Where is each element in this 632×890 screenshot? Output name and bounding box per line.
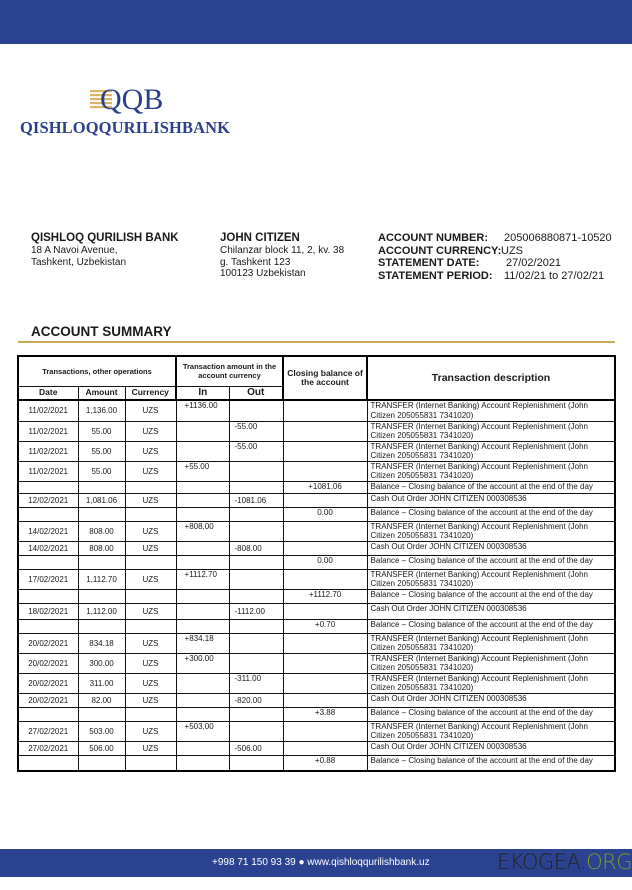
- row-amount: 55.00: [78, 421, 125, 441]
- row-currency: [125, 619, 176, 633]
- row-in: [176, 707, 229, 721]
- row-out: [229, 400, 283, 421]
- row-currency: [125, 589, 176, 603]
- row-description: Balance – Closing balance of the account…: [367, 589, 615, 603]
- account-summary-title: ACCOUNT SUMMARY: [31, 324, 172, 339]
- header-out: Out: [229, 386, 283, 400]
- header-closing-balance: Closing balance of the account: [283, 356, 367, 400]
- row-out: [229, 481, 283, 493]
- row-amount: 311.00: [78, 673, 125, 693]
- row-description: TRANSFER (Internet Banking) Account Repl…: [367, 461, 615, 481]
- row-date: [18, 619, 78, 633]
- row-in: [176, 619, 229, 633]
- account-number-label: ACCOUNT NUMBER:: [378, 232, 504, 245]
- account-currency-label: ACCOUNT CURRENCY:: [378, 245, 501, 258]
- row-out: [229, 461, 283, 481]
- header-description: Transaction description: [367, 356, 615, 400]
- row-description: Cash Out Order JOHN CITIZEN 000308536: [367, 693, 615, 707]
- row-amount: 300.00: [78, 653, 125, 673]
- row-in: +808.00: [176, 521, 229, 541]
- row-amount: 834.18: [78, 633, 125, 653]
- row-out: -311.00: [229, 673, 283, 693]
- row-closing: [283, 493, 367, 507]
- row-currency: UZS: [125, 493, 176, 507]
- row-description: TRANSFER (Internet Banking) Account Repl…: [367, 569, 615, 589]
- row-closing: [283, 569, 367, 589]
- row-description: Balance – Closing balance of the account…: [367, 707, 615, 721]
- row-closing: [283, 521, 367, 541]
- row-closing: [283, 461, 367, 481]
- table-row: +0.88Balance – Closing balance of the ac…: [18, 755, 615, 771]
- row-amount: 82.00: [78, 693, 125, 707]
- row-description: Cash Out Order JOHN CITIZEN 000308536: [367, 741, 615, 755]
- row-currency: UZS: [125, 693, 176, 707]
- row-date: 27/02/2021: [18, 721, 78, 741]
- table-row: 12/02/20211,081.06UZS-1081.06Cash Out Or…: [18, 493, 615, 507]
- row-date: [18, 555, 78, 569]
- row-closing: [283, 633, 367, 653]
- row-closing: 0.00: [283, 507, 367, 521]
- row-out: -55.00: [229, 441, 283, 461]
- row-amount: 1,136.00: [78, 400, 125, 421]
- row-currency: UZS: [125, 461, 176, 481]
- row-amount: 503.00: [78, 721, 125, 741]
- account-currency-value: UZS: [501, 245, 523, 258]
- table-row: 20/02/202182.00UZS-820.00Cash Out Order …: [18, 693, 615, 707]
- row-description: Balance – Closing balance of the account…: [367, 555, 615, 569]
- qqb-monogram-icon: QQB: [90, 84, 170, 114]
- header-amount-group: Transaction amount in the account curren…: [176, 356, 283, 386]
- row-in: +1136.00: [176, 400, 229, 421]
- row-closing: [283, 603, 367, 619]
- row-amount: 808.00: [78, 541, 125, 555]
- row-amount: [78, 555, 125, 569]
- row-amount: 808.00: [78, 521, 125, 541]
- row-currency: UZS: [125, 653, 176, 673]
- row-out: [229, 569, 283, 589]
- table-row: 14/02/2021808.00UZS-808.00Cash Out Order…: [18, 541, 615, 555]
- row-amount: 55.00: [78, 441, 125, 461]
- row-date: [18, 755, 78, 771]
- bank-address-line: Tashkent, Uzbekistan: [31, 257, 179, 269]
- row-currency: UZS: [125, 441, 176, 461]
- row-date: 11/02/2021: [18, 461, 78, 481]
- row-out: [229, 755, 283, 771]
- row-out: [229, 633, 283, 653]
- row-currency: [125, 555, 176, 569]
- row-date: 14/02/2021: [18, 521, 78, 541]
- row-date: 12/02/2021: [18, 493, 78, 507]
- customer-name: JOHN CITIZEN: [220, 232, 344, 245]
- row-date: 20/02/2021: [18, 693, 78, 707]
- header-transactions-group: Transactions, other operations: [18, 356, 176, 386]
- row-out: [229, 589, 283, 603]
- section-divider: [18, 341, 615, 343]
- row-in: [176, 555, 229, 569]
- row-amount: 1,112.70: [78, 569, 125, 589]
- row-closing: [283, 441, 367, 461]
- statement-period-value: 11/02/21 to 27/02/21: [504, 270, 604, 283]
- statement-date-value: 27/02/2021: [506, 257, 561, 270]
- row-description: TRANSFER (Internet Banking) Account Repl…: [367, 441, 615, 461]
- row-in: [176, 693, 229, 707]
- row-out: [229, 653, 283, 673]
- row-currency: UZS: [125, 741, 176, 755]
- row-description: Balance – Closing balance of the account…: [367, 619, 615, 633]
- account-info-block: ACCOUNT NUMBER:205006880871-10520 ACCOUN…: [378, 232, 612, 282]
- row-description: TRANSFER (Internet Banking) Account Repl…: [367, 721, 615, 741]
- row-out: [229, 521, 283, 541]
- table-row: 14/02/2021808.00UZS+808.00TRANSFER (Inte…: [18, 521, 615, 541]
- table-row: +1112.70Balance – Closing balance of the…: [18, 589, 615, 603]
- row-in: [176, 441, 229, 461]
- table-row: 0.00Balance – Closing balance of the acc…: [18, 555, 615, 569]
- table-row: 17/02/20211,112.70UZS+1112.70TRANSFER (I…: [18, 569, 615, 589]
- row-amount: [78, 619, 125, 633]
- header-in: In: [176, 386, 229, 400]
- row-currency: UZS: [125, 673, 176, 693]
- transactions-table: Transactions, other operations Transacti…: [17, 355, 616, 772]
- row-closing: [283, 400, 367, 421]
- row-out: [229, 707, 283, 721]
- row-currency: UZS: [125, 633, 176, 653]
- row-currency: [125, 507, 176, 521]
- statement-period-label: STATEMENT PERIOD:: [378, 270, 504, 283]
- row-description: Balance – Closing balance of the account…: [367, 481, 615, 493]
- row-closing: 0.00: [283, 555, 367, 569]
- row-currency: UZS: [125, 721, 176, 741]
- account-number-value: 205006880871-10520: [504, 232, 612, 245]
- row-date: [18, 481, 78, 493]
- row-date: 20/02/2021: [18, 653, 78, 673]
- row-currency: UZS: [125, 400, 176, 421]
- row-in: +55.00: [176, 461, 229, 481]
- row-description: TRANSFER (Internet Banking) Account Repl…: [367, 653, 615, 673]
- row-out: -820.00: [229, 693, 283, 707]
- header-band: [0, 0, 632, 44]
- bank-name: QISHLOQ QURILISH BANK: [31, 232, 179, 245]
- row-in: [176, 589, 229, 603]
- row-description: Balance – Closing balance of the account…: [367, 507, 615, 521]
- header-amount: Amount: [78, 386, 125, 400]
- row-in: [176, 507, 229, 521]
- row-amount: [78, 481, 125, 493]
- row-currency: UZS: [125, 521, 176, 541]
- row-amount: [78, 507, 125, 521]
- row-date: 17/02/2021: [18, 569, 78, 589]
- bank-address-line: 18 A Navoi Avenue,: [31, 245, 179, 257]
- row-in: [176, 481, 229, 493]
- row-date: 11/02/2021: [18, 400, 78, 421]
- watermark: EKOGEA.ORG: [497, 850, 632, 874]
- row-in: +503.00: [176, 721, 229, 741]
- header-currency: Currency: [125, 386, 176, 400]
- row-date: 20/02/2021: [18, 673, 78, 693]
- statement-date-label: STATEMENT DATE:: [378, 257, 506, 270]
- table-row: 20/02/2021300.00UZS+300.00TRANSFER (Inte…: [18, 653, 615, 673]
- row-currency: [125, 481, 176, 493]
- customer-address-line: g. Tashkent 123: [220, 257, 344, 269]
- row-description: Balance – Closing balance of the account…: [367, 755, 615, 771]
- svg-text:QQB: QQB: [100, 84, 163, 114]
- row-amount: 55.00: [78, 461, 125, 481]
- bank-address-block: QISHLOQ QURILISH BANK 18 A Navoi Avenue,…: [31, 232, 179, 268]
- table-row: 20/02/2021311.00UZS-311.00TRANSFER (Inte…: [18, 673, 615, 693]
- customer-address-line: Chilanzar block 11, 2, kv. 38: [220, 245, 344, 257]
- row-description: Cash Out Order JOHN CITIZEN 000308536: [367, 603, 615, 619]
- row-closing: [283, 653, 367, 673]
- row-currency: UZS: [125, 541, 176, 555]
- table-row: 27/02/2021503.00UZS+503.00TRANSFER (Inte…: [18, 721, 615, 741]
- row-amount: 1,112.00: [78, 603, 125, 619]
- row-in: [176, 541, 229, 555]
- row-amount: [78, 589, 125, 603]
- row-in: [176, 673, 229, 693]
- table-row: 11/02/20211,136.00UZS+1136.00TRANSFER (I…: [18, 400, 615, 421]
- row-date: 11/02/2021: [18, 441, 78, 461]
- table-row: 11/02/202155.00UZS+55.00TRANSFER (Intern…: [18, 461, 615, 481]
- row-in: +1112.70: [176, 569, 229, 589]
- table-row: +3.88Balance – Closing balance of the ac…: [18, 707, 615, 721]
- row-currency: UZS: [125, 603, 176, 619]
- row-in: [176, 493, 229, 507]
- row-closing: +0.70: [283, 619, 367, 633]
- row-in: +834.18: [176, 633, 229, 653]
- row-date: 18/02/2021: [18, 603, 78, 619]
- row-description: Cash Out Order JOHN CITIZEN 000308536: [367, 541, 615, 555]
- table-row: +0.70Balance – Closing balance of the ac…: [18, 619, 615, 633]
- row-closing: +1081.06: [283, 481, 367, 493]
- row-description: TRANSFER (Internet Banking) Account Repl…: [367, 421, 615, 441]
- row-date: [18, 707, 78, 721]
- row-description: TRANSFER (Internet Banking) Account Repl…: [367, 400, 615, 421]
- row-out: [229, 507, 283, 521]
- row-description: TRANSFER (Internet Banking) Account Repl…: [367, 673, 615, 693]
- row-closing: [283, 721, 367, 741]
- table-row: 11/02/202155.00UZS-55.00TRANSFER (Intern…: [18, 441, 615, 461]
- row-currency: UZS: [125, 569, 176, 589]
- row-out: [229, 555, 283, 569]
- row-date: [18, 507, 78, 521]
- row-closing: [283, 741, 367, 755]
- row-date: 14/02/2021: [18, 541, 78, 555]
- table-row: 11/02/202155.00UZS-55.00TRANSFER (Intern…: [18, 421, 615, 441]
- row-date: [18, 589, 78, 603]
- row-out: [229, 619, 283, 633]
- row-out: -506.00: [229, 741, 283, 755]
- table-row: 20/02/2021834.18UZS+834.18TRANSFER (Inte…: [18, 633, 615, 653]
- table-row: 0.00Balance – Closing balance of the acc…: [18, 507, 615, 521]
- customer-address-block: JOHN CITIZEN Chilanzar block 11, 2, kv. …: [220, 232, 344, 280]
- row-in: [176, 603, 229, 619]
- row-out: [229, 721, 283, 741]
- row-date: 27/02/2021: [18, 741, 78, 755]
- header-date: Date: [18, 386, 78, 400]
- watermark-accent: ORG: [586, 850, 632, 874]
- row-description: TRANSFER (Internet Banking) Account Repl…: [367, 521, 615, 541]
- row-date: 11/02/2021: [18, 421, 78, 441]
- bank-logo-wordmark: QISHLOQQURILISHBANK: [20, 118, 230, 138]
- row-amount: 1,081.06: [78, 493, 125, 507]
- row-in: [176, 421, 229, 441]
- row-out: -808.00: [229, 541, 283, 555]
- row-in: [176, 741, 229, 755]
- row-in: [176, 755, 229, 771]
- row-out: -1081.06: [229, 493, 283, 507]
- row-date: 20/02/2021: [18, 633, 78, 653]
- row-out: -55.00: [229, 421, 283, 441]
- table-row: +1081.06Balance – Closing balance of the…: [18, 481, 615, 493]
- footer-contact: +998 71 150 93 39 ● www.qishloqqurilishb…: [212, 857, 430, 868]
- row-amount: 506.00: [78, 741, 125, 755]
- row-currency: UZS: [125, 421, 176, 441]
- row-closing: [283, 541, 367, 555]
- row-closing: +0.88: [283, 755, 367, 771]
- row-closing: +1112.70: [283, 589, 367, 603]
- row-amount: [78, 707, 125, 721]
- watermark-text: EKOGEA.: [497, 850, 586, 874]
- row-closing: [283, 693, 367, 707]
- row-amount: [78, 755, 125, 771]
- row-closing: +3.88: [283, 707, 367, 721]
- row-in: +300.00: [176, 653, 229, 673]
- table-row: 27/02/2021506.00UZS-506.00Cash Out Order…: [18, 741, 615, 755]
- row-currency: [125, 755, 176, 771]
- row-currency: [125, 707, 176, 721]
- row-description: Cash Out Order JOHN CITIZEN 000308536: [367, 493, 615, 507]
- row-out: -1112.00: [229, 603, 283, 619]
- table-row: 18/02/20211,112.00UZS-1112.00Cash Out Or…: [18, 603, 615, 619]
- row-closing: [283, 421, 367, 441]
- row-description: TRANSFER (Internet Banking) Account Repl…: [367, 633, 615, 653]
- row-closing: [283, 673, 367, 693]
- customer-address-line: 100123 Uzbekistan: [220, 268, 344, 280]
